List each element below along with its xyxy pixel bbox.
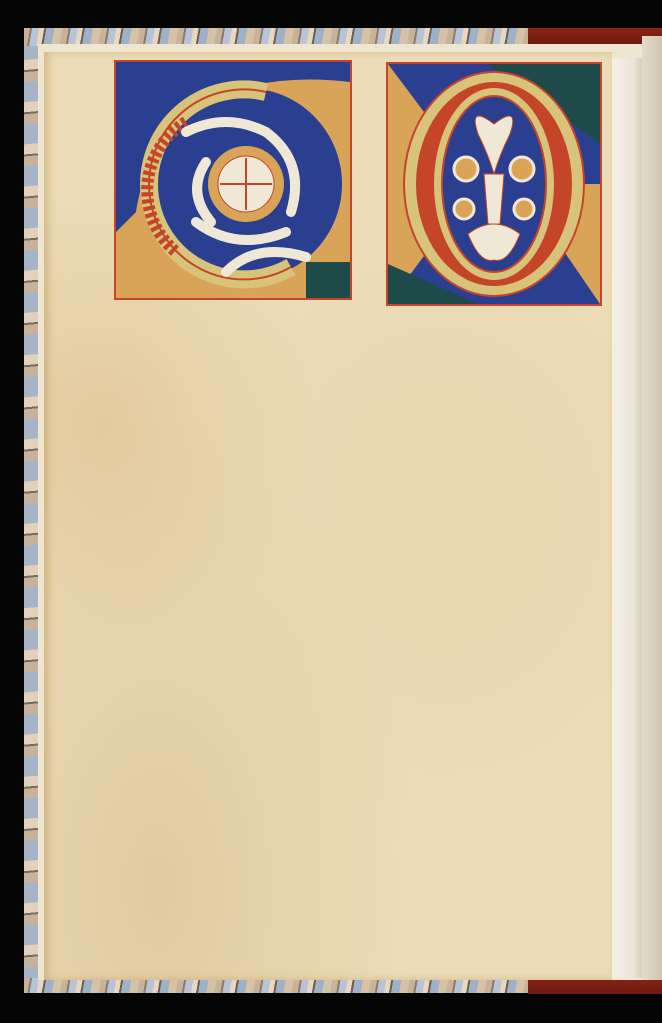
text-block-edge (642, 36, 662, 980)
initial-o-artwork (388, 64, 600, 304)
initial-c-artwork (116, 62, 350, 298)
page-guard-strip (610, 58, 642, 978)
illuminated-initial-o (386, 62, 602, 306)
marbled-board-bottom (24, 978, 528, 993)
illuminated-initial-c (114, 60, 352, 300)
